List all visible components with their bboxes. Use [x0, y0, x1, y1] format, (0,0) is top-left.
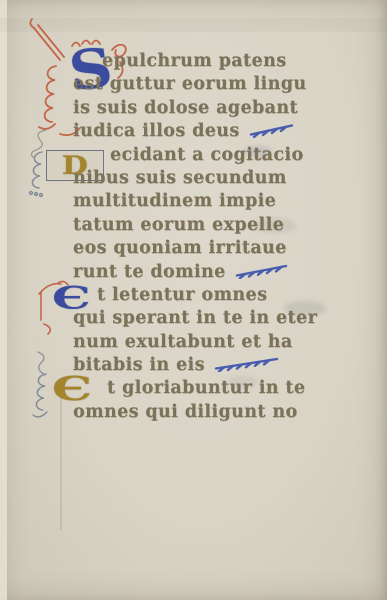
text-line: tatum eorum expelle [73, 214, 373, 237]
verse-text: t gloriabuntur in te [107, 378, 305, 398]
line-filler-icon [249, 121, 295, 138]
verse-text: nibus suis secundum [73, 168, 287, 188]
verse-text: num exultabunt et ha [73, 332, 293, 352]
verse-text: runt te domine [73, 262, 226, 282]
text-line: runt te domine [73, 261, 373, 284]
verse-text: iudica illos deus [73, 121, 240, 141]
verse-text: bitabis in eis [73, 355, 205, 375]
verse-text: ecidant a cogitacio [110, 145, 304, 165]
line-filler-icon [235, 262, 289, 279]
text-line: ecidant a cogitacio [73, 144, 373, 167]
verse-text: qui sperant in te in eter [73, 308, 317, 328]
text-line: bitabis in eis [73, 354, 373, 377]
verse-text: eos quoniam irritaue [73, 238, 287, 258]
text-line: est guttur eorum lingu [73, 73, 373, 96]
text-line: omnes qui diligunt no [73, 401, 373, 424]
verse-text: tatum eorum expelle [73, 215, 284, 235]
manuscript-page: S D Є Є epulchrum patens [0, 0, 387, 600]
page-left-edge [0, 0, 7, 600]
line-filler-icon [214, 355, 280, 372]
text-line: t gloriabuntur in te [73, 377, 373, 400]
parchment-crease [60, 396, 62, 530]
text-line: iudica illos deus [73, 120, 373, 143]
verse-text: omnes qui diligunt no [73, 402, 298, 422]
gray-curl-flourish-icon [28, 126, 52, 158]
text-line: num exultabunt et ha [73, 331, 373, 354]
verse-text: is suis dolose agebant [73, 98, 298, 118]
text-line: qui sperant in te in eter [73, 307, 373, 330]
gray-curl-flourish-icon [30, 350, 50, 380]
verse-text: est guttur eorum lingu [73, 74, 306, 94]
text-line: nibus suis secundum [73, 167, 373, 190]
text-line: t letentur omnes [73, 284, 373, 307]
text-block: epulchrum patens est guttur eorum lingu … [73, 50, 373, 424]
verse-text: t letentur omnes [97, 285, 267, 305]
text-line: epulchrum patens [73, 50, 373, 73]
text-line: is suis dolose agebant [73, 97, 373, 120]
text-line: eos quoniam irritaue [73, 237, 373, 260]
text-line: multitudinem impie [73, 190, 373, 213]
verse-text: multitudinem impie [73, 191, 276, 211]
verse-text: epulchrum patens [102, 51, 286, 71]
